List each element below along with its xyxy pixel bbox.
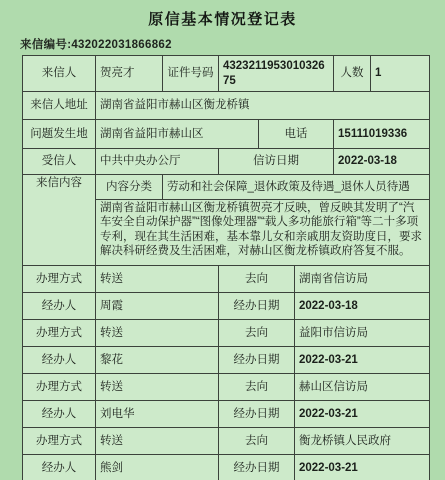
table-row-handler-4: 经办人 熊剑 经办日期 2022-03-21	[23, 455, 430, 480]
phone-value: 15111019336	[334, 120, 430, 149]
handler-value: 黎花	[96, 347, 219, 374]
recipient-label: 受信人	[23, 149, 96, 175]
people-value: 1	[371, 56, 430, 92]
issue-place-label: 问题发生地	[23, 120, 96, 149]
destination-label: 去向	[219, 428, 295, 455]
table-row-sender: 来信人 贺亮才 证件号码 432321195301032675 人数 1	[23, 56, 430, 92]
page-title: 原信基本情况登记表	[0, 0, 445, 29]
handler-label: 经办人	[23, 347, 96, 374]
people-label: 人数	[334, 56, 371, 92]
destination-value: 衡龙桥镇人民政府	[295, 428, 430, 455]
sender-value: 贺亮才	[96, 56, 163, 92]
method-value: 转送	[96, 374, 219, 401]
phone-label: 电话	[259, 120, 334, 149]
table-row-handler-3: 经办人 刘电华 经办日期 2022-03-21	[23, 401, 430, 428]
destination-label: 去向	[219, 320, 295, 347]
table-row-method-1: 办理方式 转送 去向 湖南省信访局	[23, 266, 430, 293]
petition-date-label: 信访日期	[219, 149, 334, 175]
handler-label: 经办人	[23, 293, 96, 320]
letter-number-value: 432022031866862	[71, 39, 171, 51]
handle-date-label: 经办日期	[219, 401, 295, 428]
handler-value: 刘电华	[96, 401, 219, 428]
method-label: 办理方式	[23, 266, 96, 293]
method-label: 办理方式	[23, 428, 96, 455]
registration-form-page: 原信基本情况登记表 来信编号:432022031866862 来信人 贺亮才 证…	[0, 0, 445, 480]
content-label: 来信内容	[23, 175, 96, 266]
destination-label: 去向	[219, 374, 295, 401]
table-row-recipient: 受信人 中共中央办公厅 信访日期 2022-03-18	[23, 149, 430, 175]
table-row-handler-2: 经办人 黎花 经办日期 2022-03-21	[23, 347, 430, 374]
method-label: 办理方式	[23, 374, 96, 401]
letter-number-label: 来信编号:	[20, 39, 71, 51]
handle-date-value: 2022-03-18	[295, 293, 430, 320]
handle-date-label: 经办日期	[219, 455, 295, 480]
handler-value: 周霞	[96, 293, 219, 320]
destination-label: 去向	[219, 266, 295, 293]
handler-label: 经办人	[23, 455, 96, 480]
address-label: 来信人地址	[23, 92, 96, 120]
destination-value: 益阳市信访局	[295, 320, 430, 347]
table-row-category: 来信内容 内容分类 劳动和社会保障_退休政策及待遇_退休人员待遇	[23, 175, 430, 200]
sender-label: 来信人	[23, 56, 96, 92]
handle-date-value: 2022-03-21	[295, 347, 430, 374]
table-row-address: 来信人地址 湖南省益阳市赫山区衡龙桥镇	[23, 92, 430, 120]
registration-table: 来信人 贺亮才 证件号码 432321195301032675 人数 1 来信人…	[22, 55, 430, 480]
destination-value: 湖南省信访局	[295, 266, 430, 293]
table-row-method-4: 办理方式 转送 去向 衡龙桥镇人民政府	[23, 428, 430, 455]
category-label: 内容分类	[96, 175, 163, 200]
letter-number: 来信编号:432022031866862	[20, 36, 445, 52]
issue-place-value: 湖南省益阳市赫山区	[96, 120, 259, 149]
method-label: 办理方式	[23, 320, 96, 347]
table-row-handler-1: 经办人 周霞 经办日期 2022-03-18	[23, 293, 430, 320]
petition-date-value: 2022-03-18	[334, 149, 430, 175]
handle-date-value: 2022-03-21	[295, 455, 430, 480]
category-value: 劳动和社会保障_退休政策及待遇_退休人员待遇	[163, 175, 430, 200]
id-value: 432321195301032675	[219, 56, 334, 92]
table-row-method-2: 办理方式 转送 去向 益阳市信访局	[23, 320, 430, 347]
content-value: 湖南省益阳市赫山区衡龙桥镇贺亮才反映，曾反映其发明了“汽车安全自动保护器”“图像…	[96, 200, 430, 266]
id-label: 证件号码	[163, 56, 219, 92]
table-row-issue-place: 问题发生地 湖南省益阳市赫山区 电话 15111019336	[23, 120, 430, 149]
destination-value: 赫山区信访局	[295, 374, 430, 401]
method-value: 转送	[96, 320, 219, 347]
method-value: 转送	[96, 266, 219, 293]
recipient-value: 中共中央办公厅	[96, 149, 219, 175]
table-row-method-3: 办理方式 转送 去向 赫山区信访局	[23, 374, 430, 401]
handler-value: 熊剑	[96, 455, 219, 480]
handle-date-label: 经办日期	[219, 347, 295, 374]
address-value: 湖南省益阳市赫山区衡龙桥镇	[96, 92, 430, 120]
handle-date-label: 经办日期	[219, 293, 295, 320]
handle-date-value: 2022-03-21	[295, 401, 430, 428]
handler-label: 经办人	[23, 401, 96, 428]
method-value: 转送	[96, 428, 219, 455]
